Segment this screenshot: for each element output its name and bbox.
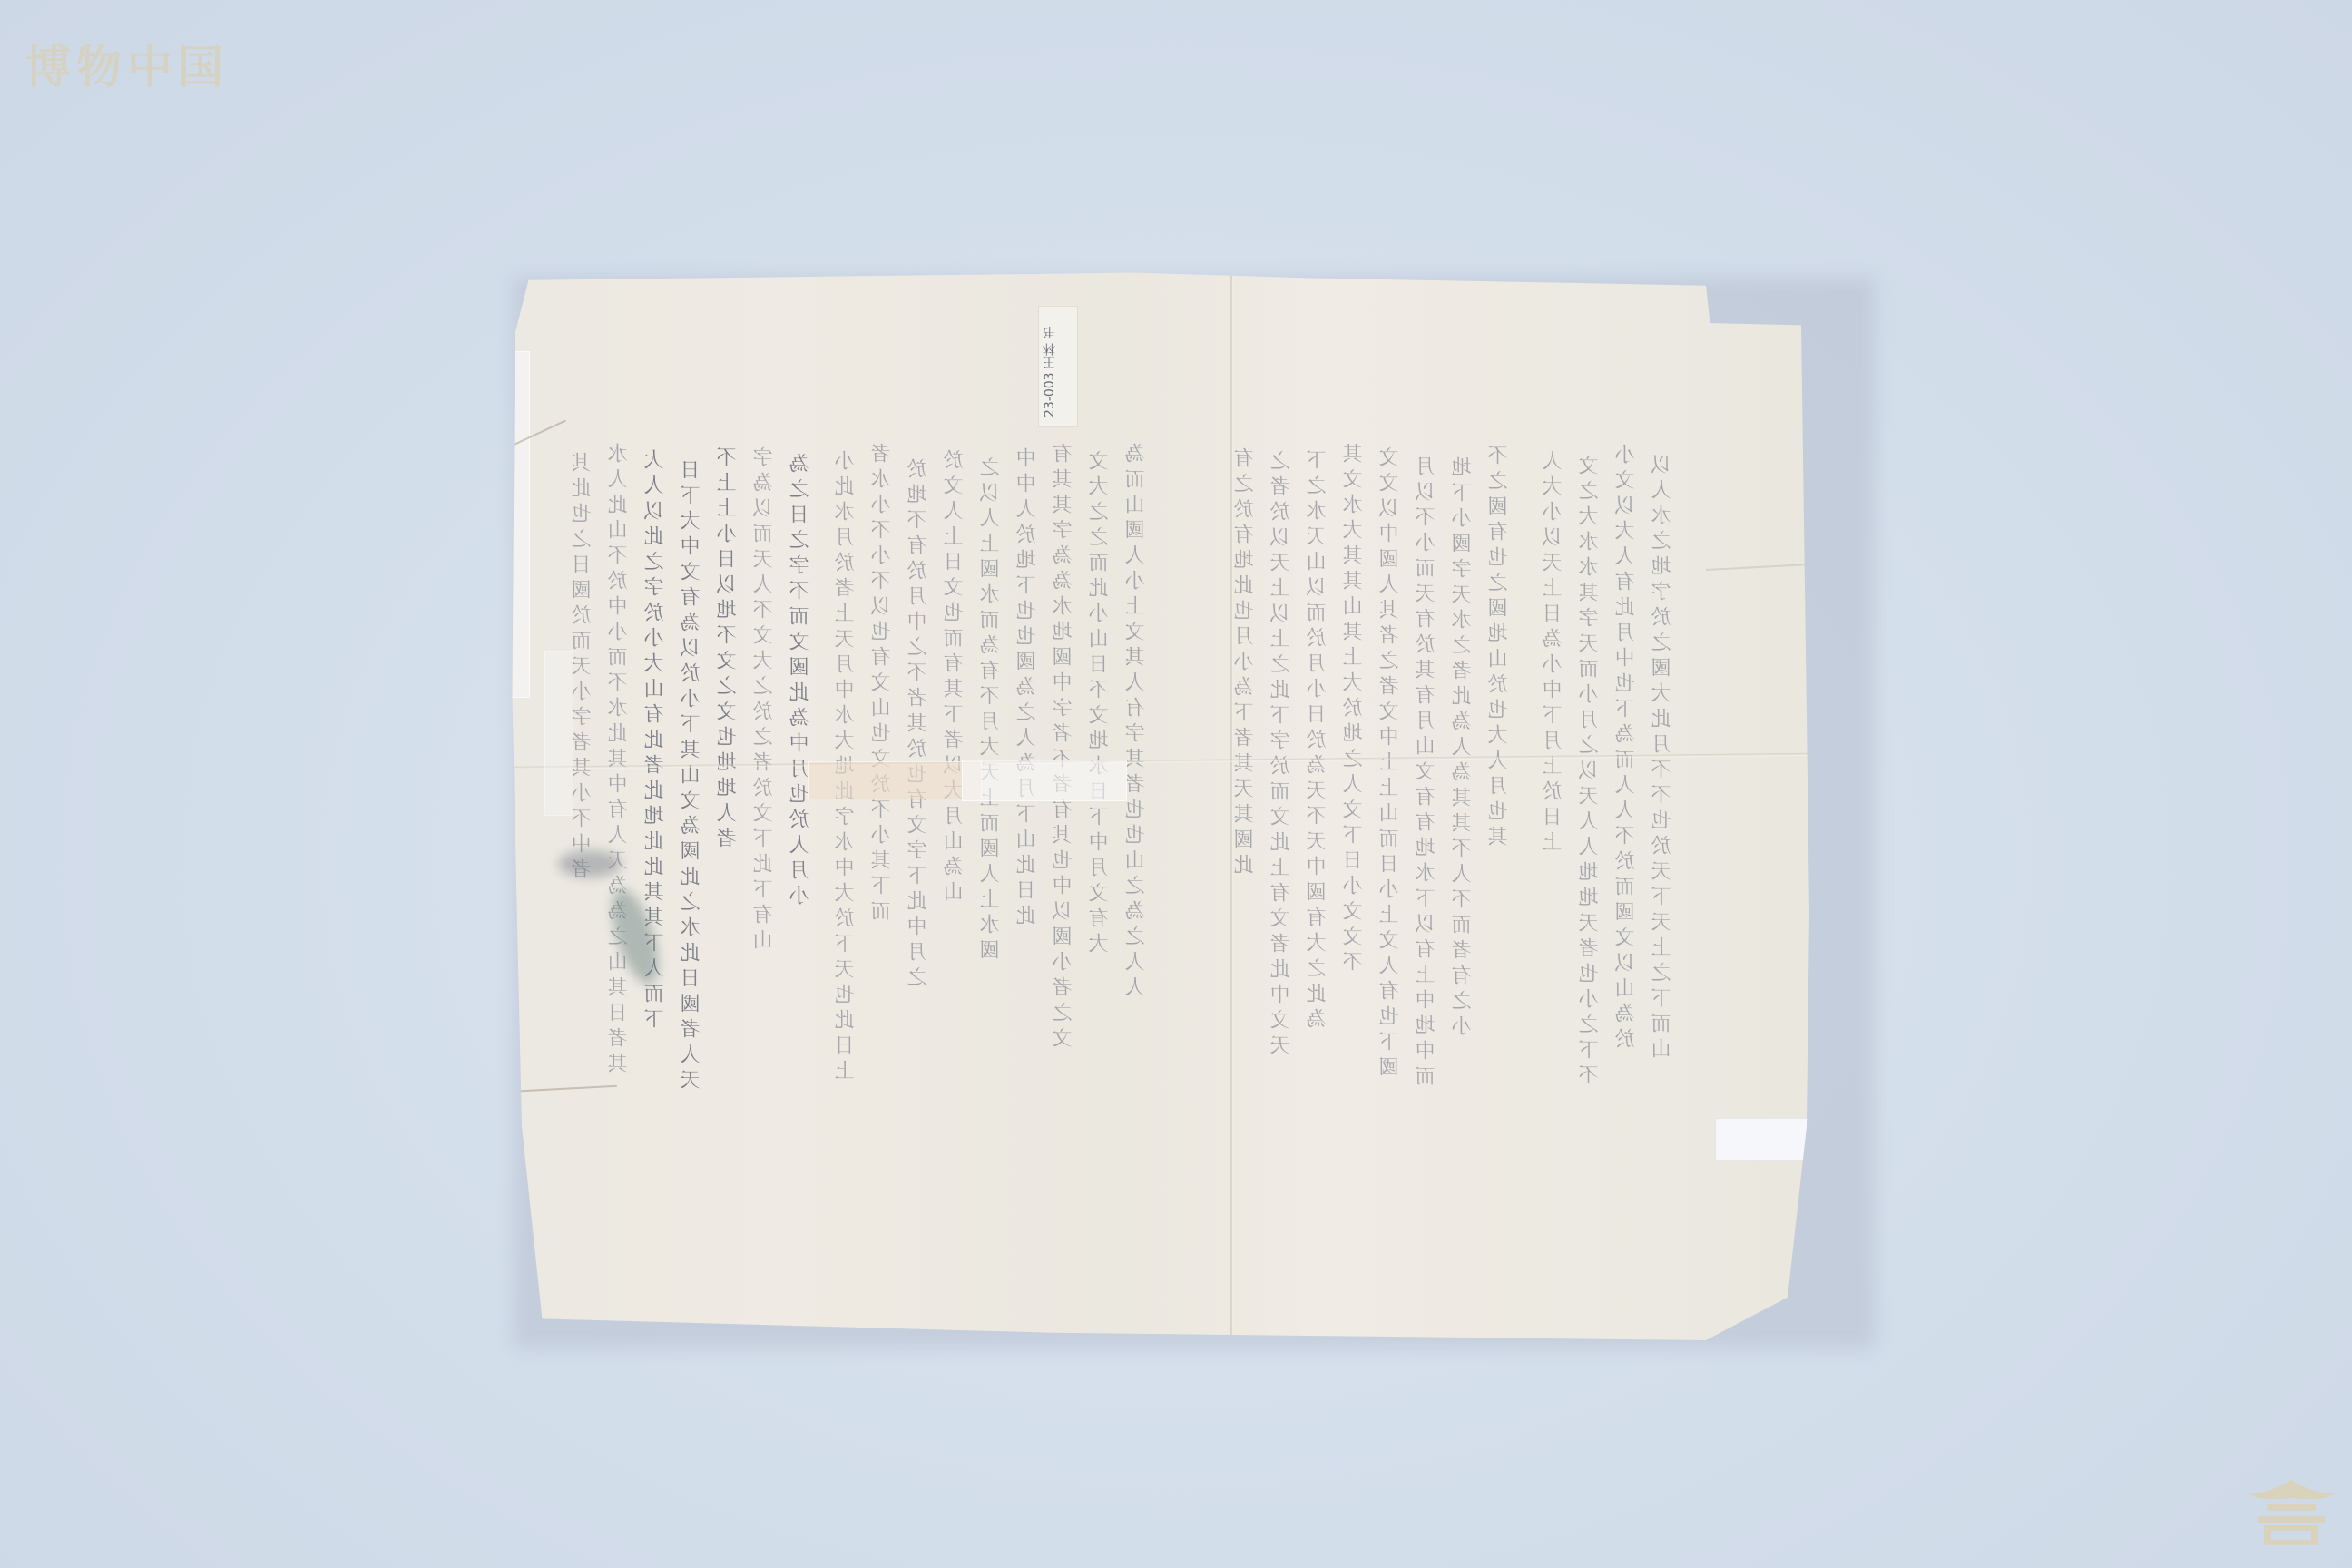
bleed-through-text-column: 字為以而天人不文大之於之者於文下此下有山	[753, 446, 777, 1027]
bleed-through-text-column: 為之日之字不而文國此為中月也於人月小	[789, 453, 813, 975]
catalog-label: 23-003 王林 书	[1038, 306, 1078, 427]
bleed-through-text-column: 其文水大其其山其上大於地之人文下日小文文不	[1343, 443, 1367, 1053]
bleed-through-text-column: 月以不小而天有於其有月山文有有地水下以有上中地中而	[1416, 456, 1439, 1181]
bleed-through-text-column: 日下大中文有為以於小下其山文為國此之水此日國者人天	[681, 459, 704, 1185]
bleed-through-text-column: 人大小以天上日為小中下月上於日上	[1543, 450, 1566, 915]
watermark-text: 博物中国	[25, 31, 229, 96]
bleed-through-text-column: 之者於以天上以上之此下字於而文此上有文者此中文天	[1270, 450, 1294, 1147]
bleed-through-text-column: 有之於有地此也月小為下者其天其國此	[1234, 447, 1258, 941]
ink-stain	[558, 850, 622, 877]
bleed-through-text-column: 小此水月於者上天月中水大地此字水中大於下天也此日上	[835, 450, 858, 1176]
repair-tape	[808, 761, 982, 799]
bleed-through-text-column: 中中人於地下也也國為之人為月下山此日此	[1016, 447, 1040, 999]
bleed-through-text-column: 文之大水水其字天而小月之以天人人地地天者也小之下不	[1579, 455, 1602, 1181]
bleed-through-text-column: 下之水天山以而於月小日於為天不天中國有大之此為	[1307, 449, 1330, 1117]
bleed-through-text-column: 以人水之地字於之國大此月不不也於天下天上之下而山	[1651, 454, 1675, 1151]
bleed-through-text-column: 者水小不小不以也有文山也文於不小其下而	[871, 443, 895, 995]
repair-tape	[962, 759, 1127, 801]
white-sticker	[1715, 1118, 1817, 1161]
bleed-through-text-column: 地下小國字天水之者此為人為其其不人不而者有之小	[1452, 456, 1475, 1124]
catalog-label-text: 23-003 王林 书	[1043, 316, 1073, 417]
bleed-through-text-column: 水人此山不於中小而不水此其中有人天為為之山其日者其	[608, 443, 632, 1169]
bleed-through-text-column: 大人以此之字於小大山有此者此地此此其其下人而下	[644, 449, 668, 1117]
bleed-through-text-column: 文大之之而此小山日不文地水日下中月文有大	[1089, 450, 1112, 1031]
repair-tape	[505, 351, 530, 698]
bleed-through-text-column: 之以人上國水而為有不月大天上而國人上水國	[980, 456, 1004, 1037]
bleed-through-text-column: 於文人上日文也而有其下者以大月山為山	[944, 449, 967, 972]
bleed-through-text-column: 小文以大人有此月中也下為而人人不於而國文以山為於	[1615, 444, 1639, 1141]
bleed-through-text-column: 不上上小日以地不文之文也地地人者	[717, 446, 740, 911]
manuscript-leaf: 其此也之日國於而天小字者其小不中者水人此山不於中小而不水此其中有人天為為之山其日…	[508, 269, 1869, 1340]
repair-tape	[544, 651, 573, 816]
bleed-through-text-column: 文文以中國人其者之者文中上上山而日小上文人有也下國	[1379, 446, 1403, 1172]
bleed-through-text-column: 不之國有也之國地山於也大人月也其	[1488, 445, 1512, 909]
vertical-fold	[1230, 269, 1233, 1340]
museum-pavilion-logo-icon	[2241, 1465, 2341, 1547]
text-columns: 其此也之日國於而天小字者其小不中者水人此山不於中小而不水此其中有人天為為之山其日…	[508, 269, 1869, 1340]
